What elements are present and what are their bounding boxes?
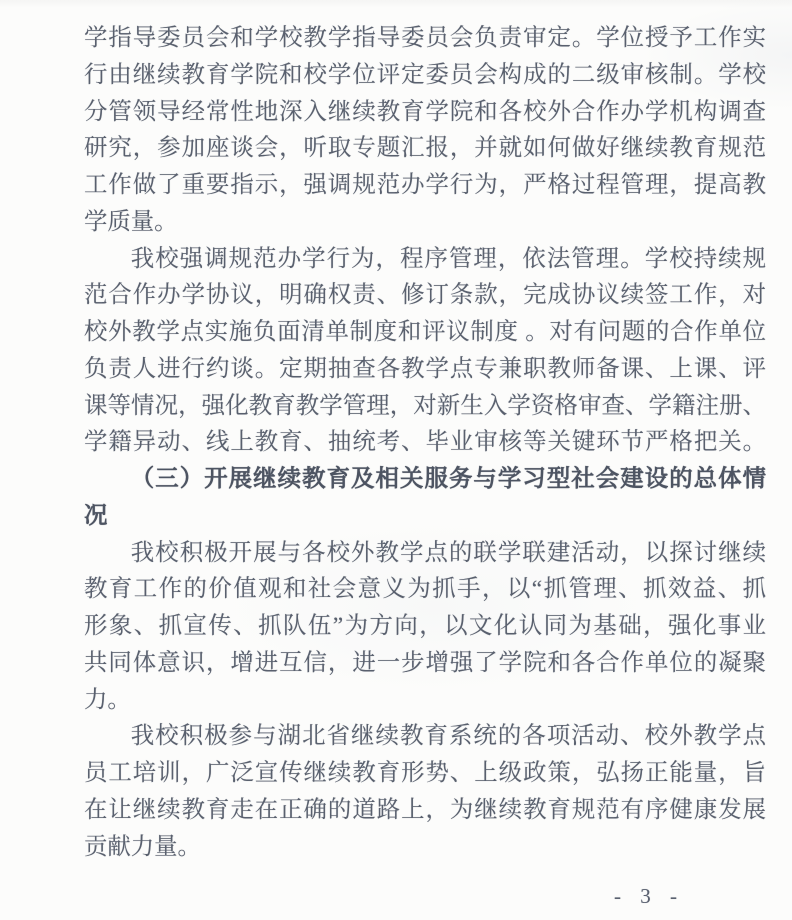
text-line: 贡献力量。 — [84, 829, 766, 866]
text-line: 形象、抓宣传、抓队伍”为方向，以文化认同为基础，强化事业 — [84, 608, 766, 645]
text-line: 力。 — [84, 682, 766, 719]
text-line: 校外教学点实施负面清单制度和评议制度 。对有问题的合作单位 — [84, 314, 766, 351]
text-line: 我校强调规范办学行为，程序管理，依法管理。学校持续规 — [84, 241, 766, 278]
section-heading-line: 况 — [84, 498, 766, 535]
scanned-document-page: 学指导委员会和学校教学指导委员会负责审定。学位授予工作实 行由继续教育学院和校学… — [0, 0, 792, 920]
text-block: 学指导委员会和学校教学指导委员会负责审定。学位授予工作实 行由继续教育学院和校学… — [84, 20, 766, 865]
text-line: 行由继续教育学院和校学位评定委员会构成的二级审核制。学校 — [84, 57, 766, 94]
text-line: 工作做了重要指示，强调规范办学行为，严格过程管理，提高教 — [84, 167, 766, 204]
text-line: 范合作办学协议，明确权责、修订条款，完成协议续签工作，对 — [84, 277, 766, 314]
text-line: 学指导委员会和学校教学指导委员会负责审定。学位授予工作实 — [84, 20, 766, 57]
text-line: 学质量。 — [84, 204, 766, 241]
text-line: 课等情况，强化教育教学管理，对新生入学资格审查、学籍注册、 — [84, 388, 766, 425]
text-line: 员工培训，广泛宣传继续教育形势、上级政策，弘扬正能量，旨 — [84, 755, 766, 792]
text-line: 教育工作的价值观和社会意义为抓手，以“抓管理、抓效益、抓 — [84, 571, 766, 608]
section-heading-line: （三）开展继续教育及相关服务与学习型社会建设的总体情 — [84, 461, 766, 498]
text-line: 学籍异动、线上教育、抽统考、毕业审核等关键环节严格把关。 — [84, 424, 766, 461]
text-line: 研究，参加座谈会，听取专题汇报，并就如何做好继续教育规范 — [84, 130, 766, 167]
text-line: 我校积极开展与各校外教学点的联学联建活动，以探讨继续 — [84, 535, 766, 572]
page-number: - 3 - — [614, 884, 684, 909]
text-line: 负责人进行约谈。定期抽查各教学点专兼职教师备课、上课、评 — [84, 351, 766, 388]
text-line: 我校积极参与湖北省继续教育系统的各项活动、校外教学点 — [84, 718, 766, 755]
text-line: 在让继续教育走在正确的道路上，为继续教育规范有序健康发展 — [84, 792, 766, 829]
text-line: 分管领导经常性地深入继续教育学院和各校外合作办学机构调查 — [84, 94, 766, 131]
text-line: 共同体意识，增进互信，进一步增强了学院和各合作单位的凝聚 — [84, 645, 766, 682]
